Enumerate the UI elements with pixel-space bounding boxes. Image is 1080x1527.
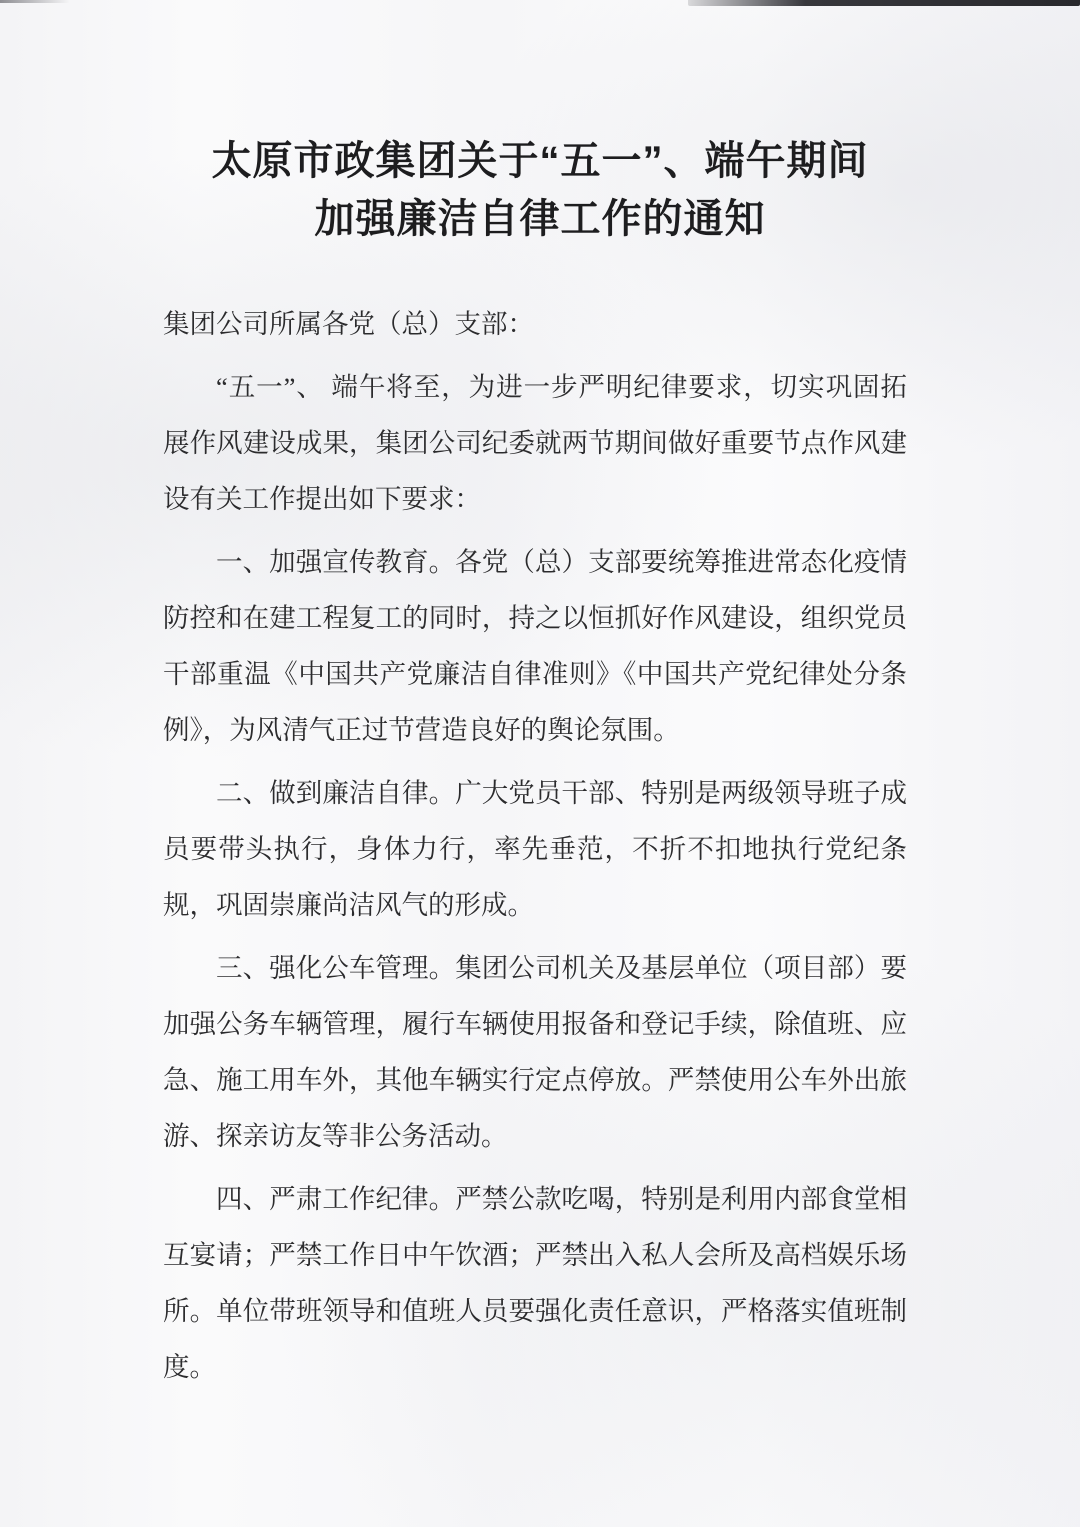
notice-title: 太原市政集团关于“五一”、端午期间 加强廉洁自律工作的通知	[0, 0, 1080, 248]
notice-paragraph-intro: “五一”、 端午将至，为进一步严明纪律要求，切实巩固拓展作风建设成果，集团公司纪…	[163, 359, 907, 527]
notice-paragraph-item-2: 二、做到廉洁自律。广大党员干部、特别是两级领导班子成员要带头执行，身体力行，率先…	[163, 765, 907, 933]
notice-salutation: 集团公司所属各党（总）支部：	[163, 296, 907, 352]
scan-edge-artifact	[688, 0, 1080, 6]
notice-body: 集团公司所属各党（总）支部： “五一”、 端午将至，为进一步严明纪律要求，切实巩…	[163, 296, 907, 1395]
notice-paragraph-item-3: 三、强化公车管理。集团公司机关及基层单位（项目部）要加强公务车辆管理，履行车辆使…	[163, 940, 907, 1164]
notice-paragraph-item-4: 四、严肃工作纪律。严禁公款吃喝，特别是利用内部食堂相互宴请；严禁工作日中午饮酒；…	[163, 1171, 907, 1395]
scan-edge-artifact-left	[0, 0, 70, 3]
notice-title-line-2: 加强廉洁自律工作的通知	[0, 190, 1080, 248]
notice-title-line-1: 太原市政集团关于“五一”、端午期间	[0, 132, 1080, 190]
document-page: 太原市政集团关于“五一”、端午期间 加强廉洁自律工作的通知 集团公司所属各党（总…	[0, 0, 1080, 1527]
notice-paragraph-item-1: 一、加强宣传教育。各党（总）支部要统筹推进常态化疫情防控和在建工程复工的同时，持…	[163, 534, 907, 758]
